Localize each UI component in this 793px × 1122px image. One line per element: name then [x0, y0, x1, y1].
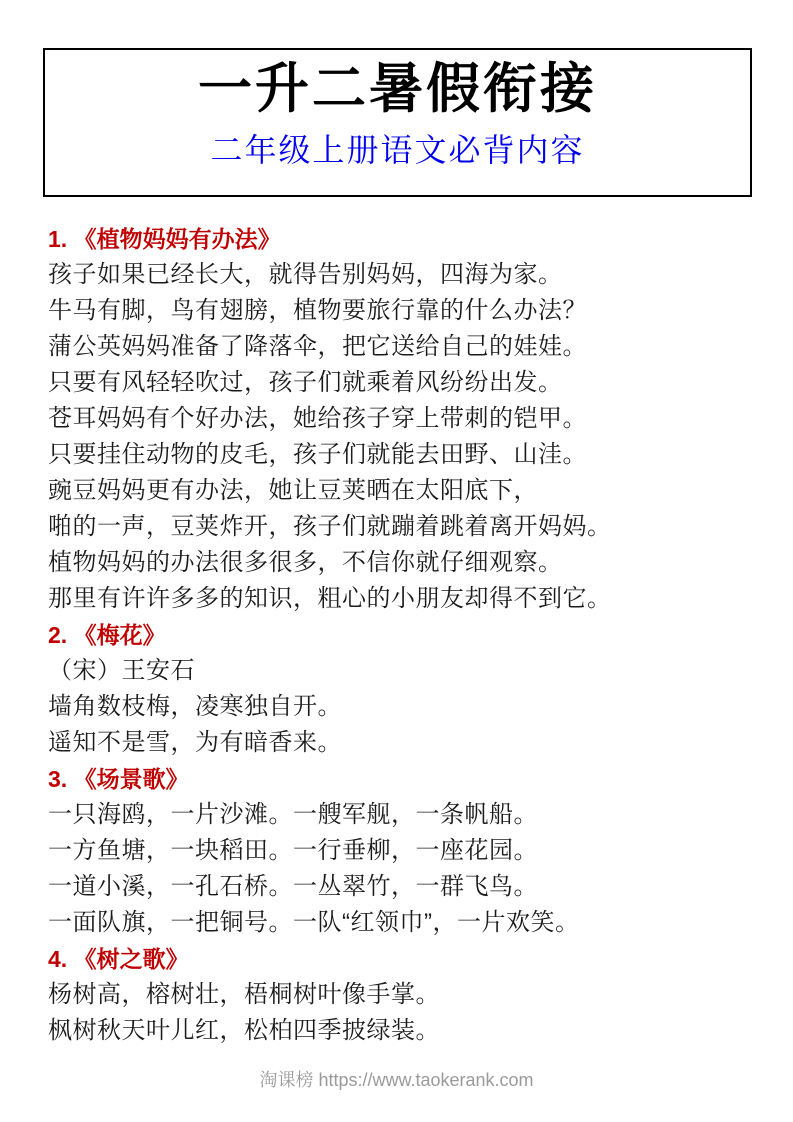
- document-body: 1. 《植物妈妈有办法》 孩子如果已经长大，就得告别妈妈，四海为家。 牛马有脚，…: [48, 221, 758, 1049]
- section-plant-mothers: 1. 《植物妈妈有办法》 孩子如果已经长大，就得告别妈妈，四海为家。 牛马有脚，…: [48, 221, 758, 617]
- document-title: 一升二暑假衔接: [45, 58, 750, 120]
- text-line: 一道小溪，一孔石桥。一丛翠竹，一群飞鸟。: [48, 869, 758, 905]
- section-heading: 4. 《树之歌》: [48, 941, 758, 977]
- text-line: 枫树秋天叶儿红，松柏四季披绿装。: [48, 1013, 758, 1049]
- text-line: 一面队旗，一把铜号。一队“红领巾”，一片欢笑。: [48, 905, 758, 941]
- section-tree-song: 4. 《树之歌》 杨树高，榕树壮，梧桐树叶像手掌。 枫树秋天叶儿红，松柏四季披绿…: [48, 941, 758, 1049]
- text-line: 只要挂住动物的皮毛，孩子们就能去田野、山洼。: [48, 437, 758, 473]
- text-line: 牛马有脚，鸟有翅膀，植物要旅行靠的什么办法？: [48, 293, 758, 329]
- title-box: 一升二暑假衔接 二年级上册语文必背内容: [43, 48, 752, 197]
- text-line: 孩子如果已经长大，就得告别妈妈，四海为家。: [48, 257, 758, 293]
- text-line: 那里有许许多多的知识，粗心的小朋友却得不到它。: [48, 581, 758, 617]
- text-line: 一只海鸥，一片沙滩。一艘军舰，一条帆船。: [48, 797, 758, 833]
- text-line: 一方鱼塘，一块稻田。一行垂柳，一座花园。: [48, 833, 758, 869]
- text-line: 豌豆妈妈更有办法，她让豆荚晒在太阳底下，: [48, 473, 758, 509]
- text-line: （宋）王安石: [48, 653, 758, 689]
- section-heading: 2. 《梅花》: [48, 617, 758, 653]
- section-plum-blossom: 2. 《梅花》 （宋）王安石 墙角数枝梅，凌寒独自开。 遥知不是雪，为有暗香来。: [48, 617, 758, 761]
- watermark-footer: 淘课榜 https://www.taokerank.com: [0, 1068, 793, 1092]
- text-line: 遥知不是雪，为有暗香来。: [48, 725, 758, 761]
- text-line: 蒲公英妈妈准备了降落伞，把它送给自己的娃娃。: [48, 329, 758, 365]
- text-line: 啪的一声，豆荚炸开，孩子们就蹦着跳着离开妈妈。: [48, 509, 758, 545]
- text-line: 杨树高，榕树壮，梧桐树叶像手掌。: [48, 977, 758, 1013]
- text-line: 墙角数枝梅，凌寒独自开。: [48, 689, 758, 725]
- section-scene-song: 3. 《场景歌》 一只海鸥，一片沙滩。一艘军舰，一条帆船。 一方鱼塘，一块稻田。…: [48, 761, 758, 941]
- text-line: 只要有风轻轻吹过，孩子们就乘着风纷纷出发。: [48, 365, 758, 401]
- section-heading: 1. 《植物妈妈有办法》: [48, 221, 758, 257]
- section-heading: 3. 《场景歌》: [48, 761, 758, 797]
- document-subtitle: 二年级上册语文必背内容: [45, 132, 750, 168]
- document-page: 一升二暑假衔接 二年级上册语文必背内容 1. 《植物妈妈有办法》 孩子如果已经长…: [0, 0, 793, 1122]
- text-line: 苍耳妈妈有个好办法，她给孩子穿上带刺的铠甲。: [48, 401, 758, 437]
- text-line: 植物妈妈的办法很多很多，不信你就仔细观察。: [48, 545, 758, 581]
